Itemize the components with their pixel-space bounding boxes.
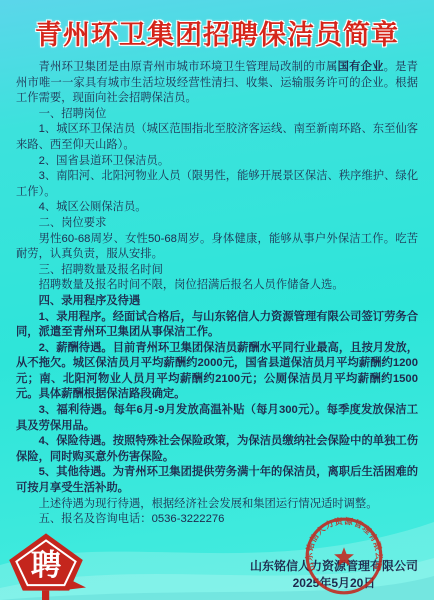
requirements-text: 男性60-68周岁、女性50-68周岁。身体健康，能够从事户外保洁工作。吃苦耐劳…	[16, 232, 418, 263]
seal-text: 山东铭信人力资源管理有限公司	[304, 516, 384, 572]
intro-text-pre: 青州环卫集团是由原青州市城市环境卫生管理局改制的市属	[39, 61, 338, 73]
section-4-heading: 四、录用程序及待遇	[16, 294, 418, 310]
section-2-heading: 二、岗位要求	[16, 216, 418, 232]
company-seal: 山东铭信人力资源管理有限公司	[304, 516, 384, 596]
other-benefits-item: 5、其他待遇。为青州环卫集团提供劳务满十年的保洁员，离职后生活困难的可按月享受生…	[16, 465, 418, 496]
position-item-4: 4、城区公厕保洁员。	[16, 200, 418, 216]
intro-paragraph: 青州环卫集团是由原青州市城市环境卫生管理局改制的市属国有企业。是青州市唯一一家具…	[16, 60, 418, 107]
welfare-item: 3、福利待遇。每年6月-9月发放高温补贴（每月300元）。每季度发放保洁工具及劳…	[16, 403, 418, 434]
notice-body: 青州环卫集团是由原青州市城市环境卫生管理局改制的市属国有企业。是青州市唯一一家具…	[0, 56, 434, 528]
position-item-3: 3、南阳河、北阳河物业人员（限男性，能够开展景区保洁、秩序维护、绿化工作）。	[16, 169, 418, 200]
section-1-heading: 一、招聘岗位	[16, 107, 418, 123]
salary-item: 2、薪酬待遇。目前青州环卫集团保洁员薪酬水平同行业最高，且按月发放，从不拖欠。城…	[16, 341, 418, 403]
sign-character: 聘	[31, 549, 61, 582]
recruitment-poster: 青州环卫集团招聘保洁员简章 青州环卫集团是由原青州市城市环境卫生管理局改制的市属…	[0, 0, 434, 600]
adjustment-note: 上述待遇为现行待遇，根据经济社会发展和集团运行情况适时调整。	[16, 497, 418, 513]
position-item-2: 2、国省县道环卫保洁员。	[16, 154, 418, 170]
svg-text:山东铭信人力资源管理有限公司: 山东铭信人力资源管理有限公司	[304, 516, 384, 572]
recruit-sign: 聘	[6, 531, 86, 600]
section-3-heading: 三、招聘数量及报名时间	[16, 263, 418, 279]
page-title: 青州环卫集团招聘保洁员简章	[0, 0, 434, 56]
intro-text-emphasis: 国有企业	[338, 61, 384, 73]
seal-star-icon	[334, 547, 354, 566]
sign-pole	[42, 591, 49, 600]
hiring-procedure-item: 1、录用程序。经面试合格后，与山东铭信人力资源管理有限公司签订劳务合同，派遣至青…	[16, 310, 418, 341]
quota-text: 招聘数量及报名时间不限，岗位招满后报名人员作储备人选。	[16, 278, 418, 294]
position-item-1: 1、城区环卫保洁员（城区范围指北至胶济客运线、南至新南环路、东至仙客来路、西至仰…	[16, 122, 418, 153]
insurance-item: 4、保险待遇。按照特殊社会保险政策，为保洁员缴纳社会保险中的单独工伤保险，同时购…	[16, 434, 418, 465]
